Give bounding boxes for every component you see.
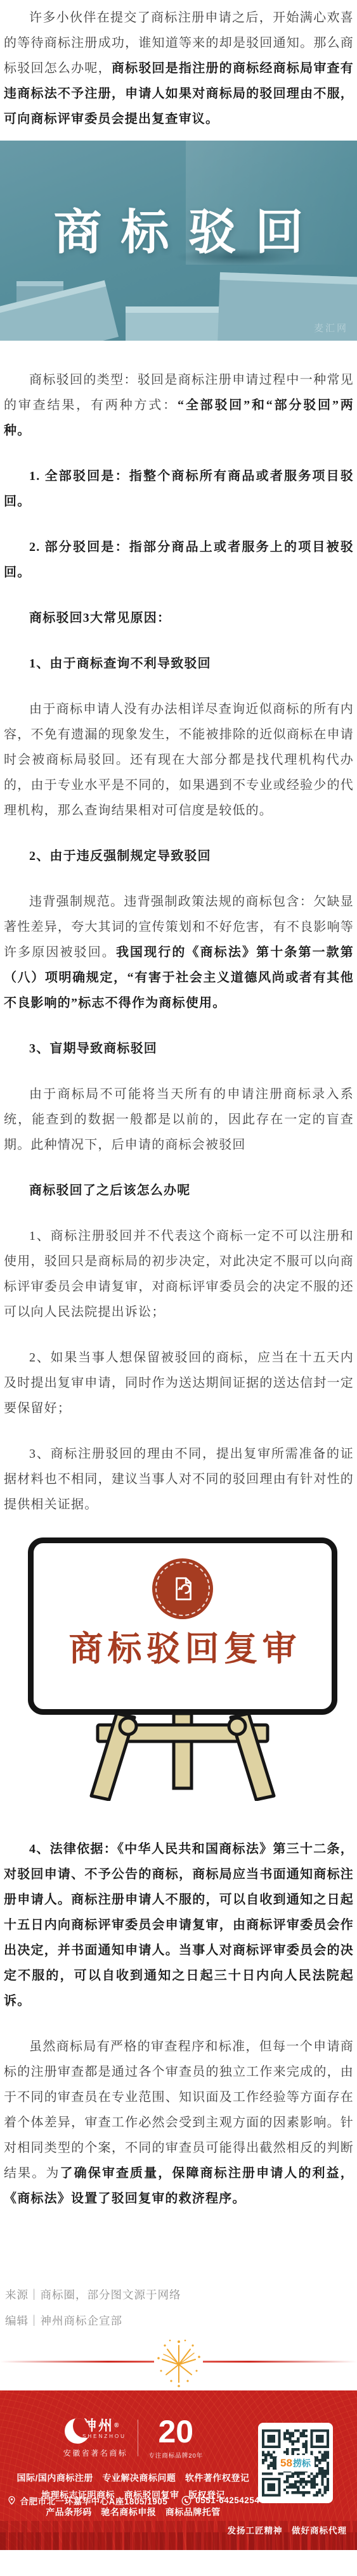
brand-tagline: 安徽省著名商标	[63, 2447, 128, 2458]
page: { "article": { "p_intro": { "r0": "许多小伙伴…	[0, 0, 357, 2576]
phone-icon	[181, 2496, 191, 2506]
qr-code: 58 捞标	[258, 2423, 333, 2503]
article-intro: 许多小伙伴在提交了商标注册申请之后，开始满心欢喜的等待商标注册成功，谁知道等来的…	[0, 0, 357, 132]
contact-row: 合肥市北一环嘉华中心A座1805/1905 0551-64254254	[0, 2494, 266, 2507]
qr-badge-text: 捞标	[293, 2457, 311, 2470]
divider-line-left	[0, 2361, 154, 2363]
footer-left: 神州® SHENZHOU 安徽省著名商标 20 专注商标品牌20年 国际/国内商…	[0, 2390, 266, 2521]
whiteboard: 商标驳回复审	[28, 1537, 337, 1715]
paragraph-partial-rejection: 2. 部分驳回是：指部分商品上或者服务上的项目被驳回。	[4, 534, 354, 585]
qr-center-badge: 58 捞标	[278, 2456, 313, 2470]
anniversary-block: 20 专注商标品牌20年	[148, 2417, 203, 2459]
source-credits: 来源｜商标圈，部分图文源于网络 编辑｜神州商标企宣部	[5, 2282, 181, 2334]
paragraph-advice-2: 2、如果当事人想保留被驳回的商标，应当在十五天内及时提出复审申请，同时作为送达期…	[4, 1345, 354, 1421]
full-rejection-text: 1. 全部驳回是：指整个商标所有商品或者服务项目驳回。	[4, 469, 354, 508]
registered-mark: ®	[114, 2422, 120, 2429]
paragraph-reason-1: 由于商标申请人没有办法相详尽查询近似商标的所有内容，不免有遗漏的现象发生，不能被…	[4, 697, 354, 823]
partial-rejection-text: 2. 部分驳回是：指部分商品上或者服务上的项目被驳回。	[4, 540, 354, 579]
brand-latin: SHENZHOU	[82, 2434, 126, 2439]
source-line: 来源｜商标圈，部分图文源于网络	[5, 2282, 181, 2308]
address-text: 合肥市北一环嘉华中心A座1805/1905	[20, 2494, 168, 2507]
paragraph-reason-2: 违背强制规范。违背强制政策法规的商标包含：欠缺显著性差异，夸大其词的宣传策划和不…	[4, 889, 354, 1016]
conclusion-text: 虽然商标局有严格的审查程序和标准，但每一个申请商标的注册审查都是通过各个审查员的…	[4, 2040, 354, 2180]
anniversary-caption: 专注商标品牌20年	[148, 2451, 203, 2459]
phone-item: 0551-64254254	[181, 2496, 259, 2506]
footer-slogan: 发扬工匠精神 做好商标代理	[228, 2523, 347, 2536]
editor-line: 编辑｜神州商标企宣部	[5, 2308, 181, 2334]
document-return-glyph	[168, 1574, 197, 1603]
footer-banner: 神州® SHENZHOU 安徽省著名商标 20 专注商标品牌20年 国际/国内商…	[0, 2390, 357, 2550]
heading-reason-3: 3、盲期导致商标驳回	[4, 1036, 354, 1061]
section-divider	[0, 2335, 357, 2390]
divider-line-right	[203, 2361, 357, 2363]
hero-watermark: 麦汇网	[314, 321, 348, 334]
hero-title: 商标驳回	[0, 209, 357, 257]
paragraph-reason-3: 由于商标局不可能将当天所有的申请注册商标录入系统，能查到的数据一般都是以前的，因…	[4, 1082, 354, 1158]
hero-platform-middle	[126, 306, 227, 341]
hero-image: 商标驳回 麦汇网	[0, 141, 357, 341]
brand-logo: 神州® SHENZHOU 安徽省著名商标	[63, 2418, 128, 2458]
easel-legs	[4, 1712, 357, 1801]
phone-number: 0551-64254254	[195, 2496, 259, 2505]
crescent-logo-icon	[65, 2418, 90, 2444]
paragraph-legal-basis: 4、法律依据：《中华人民共和国商标法》第三十二条，对驳回申请、不予公告的商标，商…	[4, 1836, 354, 2014]
paragraph-advice-1: 1、商标注册驳回并不代表这个商标一定不可以注册和使用，驳回只是商标局的初步决定，…	[4, 1223, 354, 1325]
paragraph-intro: 许多小伙伴在提交了商标注册申请之后，开始满心欢喜的等待商标注册成功，谁知道等来的…	[4, 5, 354, 132]
services-line: 国际/国内商标注册 专业解决商标问题 软件著作权登记	[0, 2470, 266, 2487]
heading-reasons: 商标驳回3大常见原因：	[4, 605, 354, 631]
legal-basis-text: 4、法律依据：《中华人民共和国商标法》第三十二条，对驳回申请、不予公告的商标，商…	[4, 1842, 354, 2008]
heading-reason-1: 1、由于商标查询不利导致驳回	[4, 651, 354, 676]
firework-icon	[152, 2335, 205, 2389]
footer-logo-row: 神州® SHENZHOU 安徽省著名商标 20 专注商标品牌20年	[0, 2417, 266, 2459]
easel-illustration: 商标驳回复审	[4, 1537, 354, 1801]
anniversary-number: 20	[148, 2417, 203, 2447]
location-pin-icon	[7, 2496, 16, 2505]
paragraph-full-rejection: 1. 全部驳回是：指整个商标所有商品或者服务项目驳回。	[4, 464, 354, 514]
article-body: 商标驳回的类型：驳回是商标注册申请过程中一种常见的审查结果，有两种方式：“全部驳…	[0, 341, 357, 2211]
document-return-icon	[152, 1558, 213, 1619]
paragraph-types: 商标驳回的类型：驳回是商标注册申请过程中一种常见的审查结果，有两种方式：“全部驳…	[4, 367, 354, 443]
paragraph-advice-3: 3、商标注册驳回的理由不同，提出复审所需准备的证据材料也不相同，建议当事人对不同…	[4, 1441, 354, 1517]
board-title: 商标驳回复审	[34, 1631, 332, 1668]
heading-what-to-do: 商标驳回了之后该怎么办呢	[4, 1178, 354, 1203]
qr-badge-number: 58	[280, 2457, 292, 2470]
heading-reason-2: 2、由于违反强制规定导致驳回	[4, 843, 354, 869]
vertical-separator	[138, 2420, 138, 2456]
paragraph-conclusion: 虽然商标局有严格的审查程序和标准，但每一个申请商标的注册审查都是通过各个审查员的…	[4, 2034, 354, 2211]
address-item: 合肥市北一环嘉华中心A座1805/1905	[7, 2494, 168, 2507]
